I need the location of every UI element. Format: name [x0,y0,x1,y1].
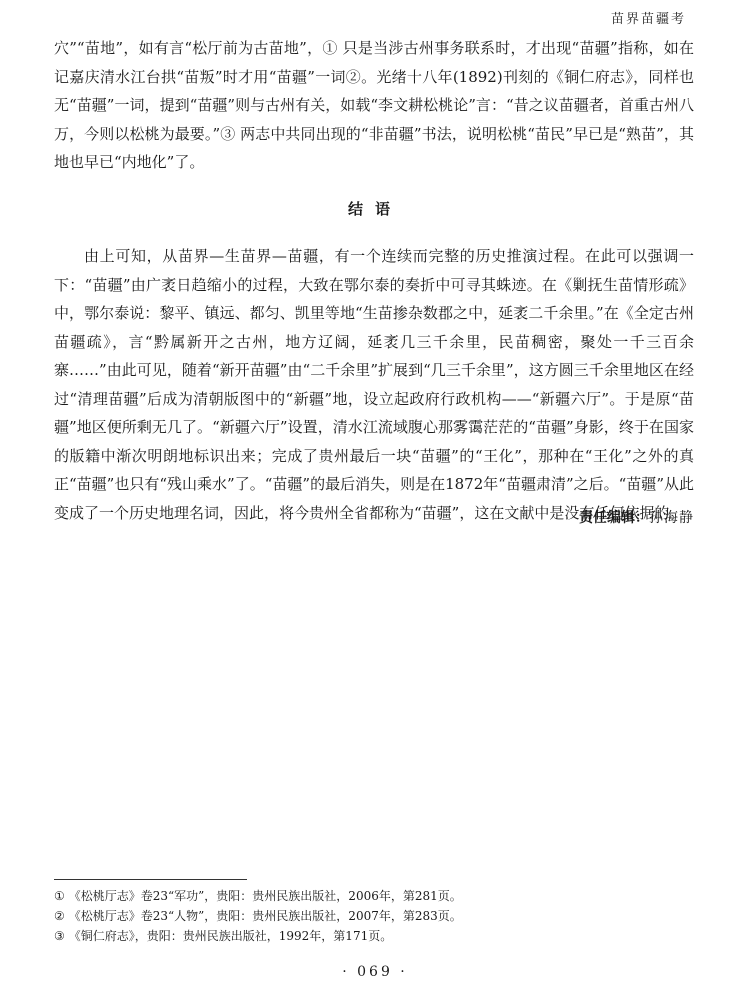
footnote-text: 《松桃厅志》卷23“军功”，贵阳：贵州民族出版社，2006年，第281页。 [69,889,462,903]
footnote-marker: ① [54,889,65,903]
section-title: 结语 [0,198,750,219]
running-head: 苗界苗疆考 [611,8,686,27]
footnote-text: 《松桃厅志》卷23“人物”，贵阳：贵州民族出版社，2007年，第283页。 [69,909,462,923]
page-number: · 069 · [0,964,750,980]
footnote-2: ②《松桃厅志》卷23“人物”，贵阳：贵州民族出版社，2007年，第283页。 [54,906,694,926]
responsible-editor: 责任编辑：孙海静 [579,507,694,527]
editor-name: 孙海静 [649,510,694,526]
footnote-3: ③《铜仁府志》，贵阳：贵州民族出版社，1992年，第171页。 [54,926,694,946]
footnote-divider [54,879,247,880]
footnote-text: 《铜仁府志》，贵阳：贵州民族出版社，1992年，第171页。 [69,929,392,943]
footnote-marker: ② [54,909,65,923]
paragraph-continued: 穴”“苗地”，如有言“松厅前为古苗地”，① 只是当涉古州事务联系时，才出现“苗疆… [54,34,694,177]
editor-label: 责任编辑： [579,510,649,526]
footnotes: ①《松桃厅志》卷23“军功”，贵阳：贵州民族出版社，2006年，第281页。 ②… [54,886,694,946]
footnote-1: ①《松桃厅志》卷23“军功”，贵阳：贵州民族出版社，2006年，第281页。 [54,886,694,906]
conclusion-paragraph: 由上可知，从苗界—生苗界—苗疆，有一个连续而完整的历史推演过程。在此可以强调一下… [54,242,694,527]
footnote-marker: ③ [54,929,65,943]
